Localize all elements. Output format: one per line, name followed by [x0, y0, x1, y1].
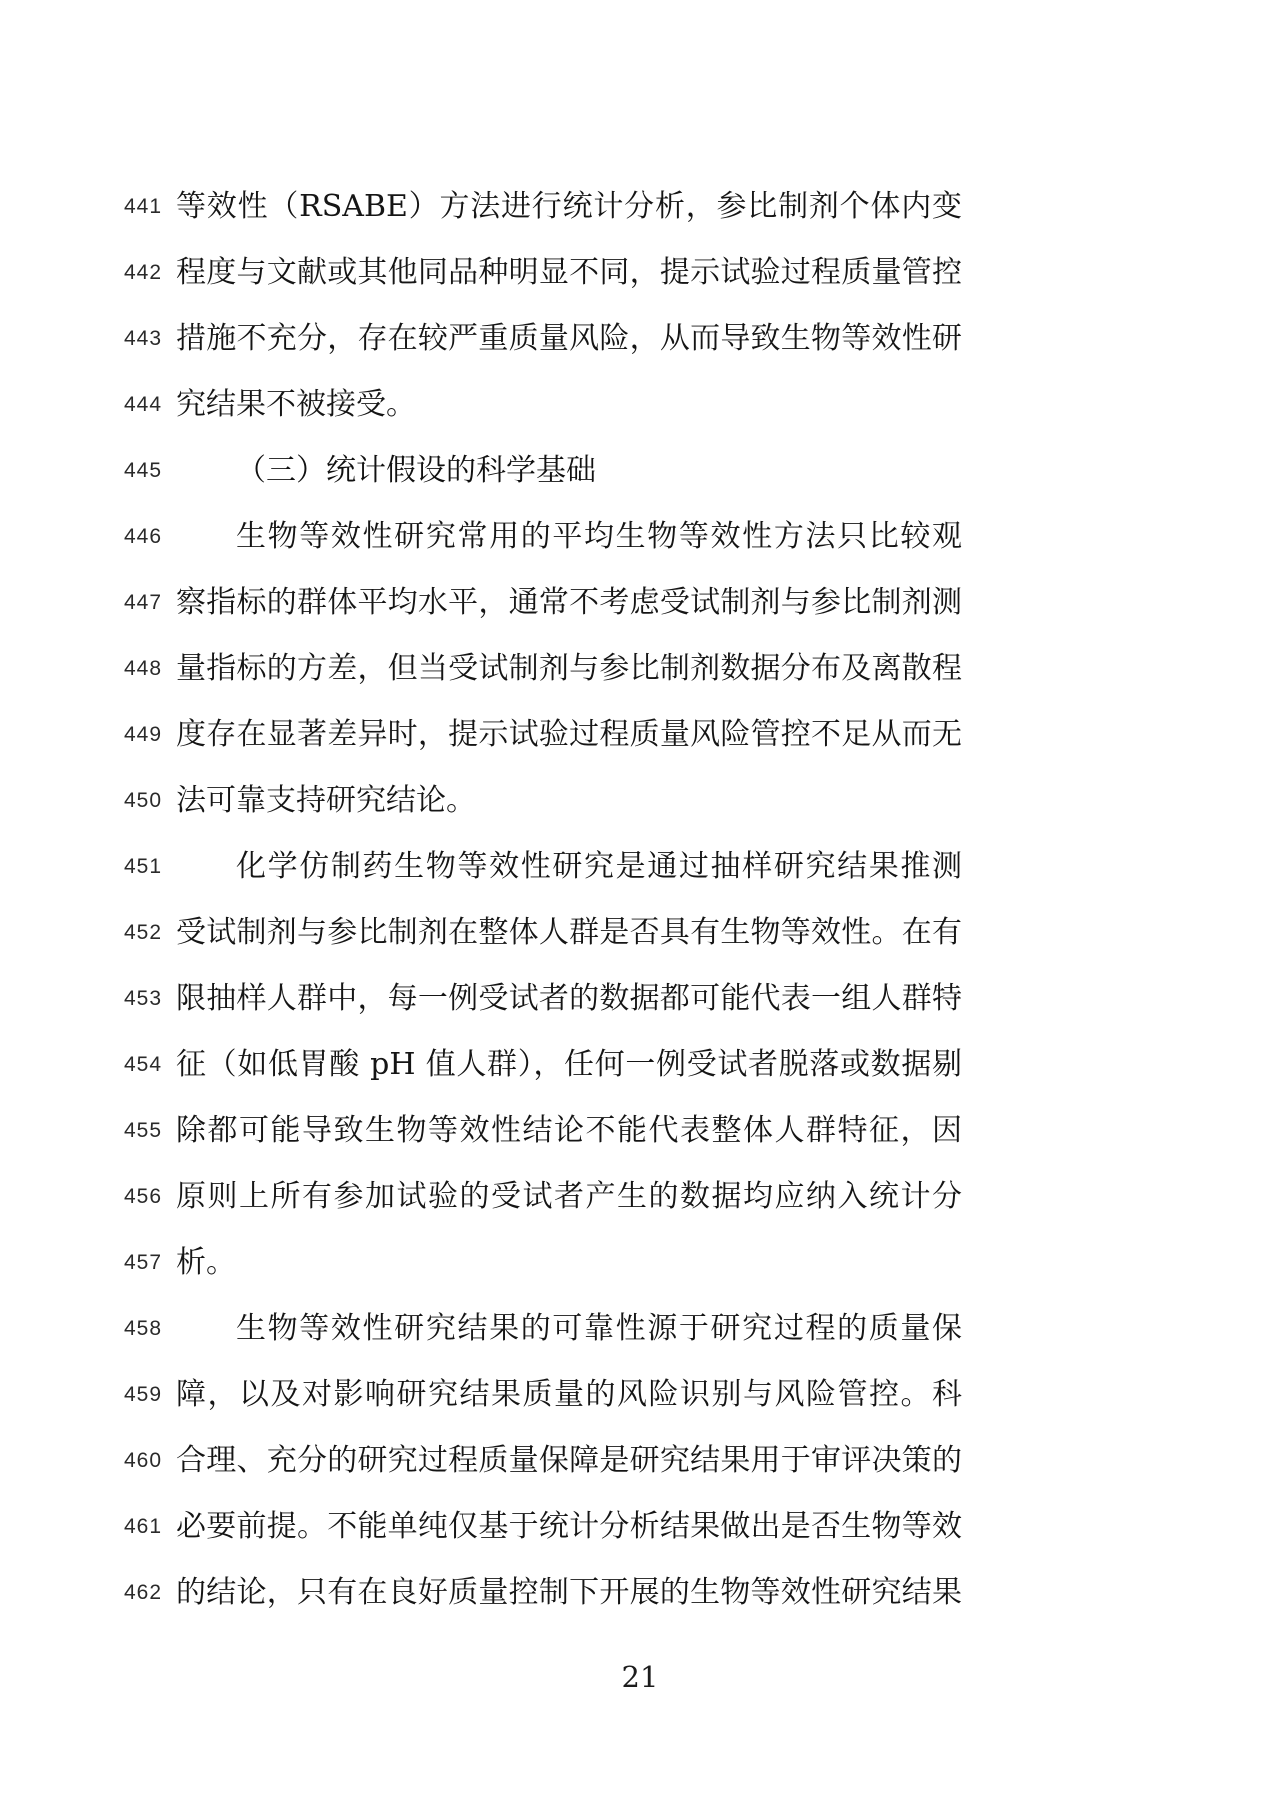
- line-row: 462 的结论，只有在良好质量控制下开展的生物等效性研究结果: [0, 1560, 1280, 1626]
- line-number: 454: [124, 1053, 176, 1077]
- line-number: 444: [124, 393, 176, 417]
- line-number: 450: [124, 789, 176, 813]
- line-row: 454 征（如低胃酸 pH 值人群），任何一例受试者脱落或数据剔: [0, 1032, 1280, 1098]
- line-number: 452: [124, 921, 176, 945]
- line-text: 等效性（RSABE）方法进行统计分析，参比制剂个体内变异: [176, 174, 962, 240]
- line-number: 460: [124, 1449, 176, 1473]
- line-row: 457 析。: [0, 1230, 1280, 1296]
- page-number: 21: [0, 1660, 1280, 1694]
- line-row: 444 究结果不被接受。: [0, 372, 1280, 438]
- document-body: 441 等效性（RSABE）方法进行统计分析，参比制剂个体内变异 442 程度与…: [0, 174, 1280, 1626]
- line-number: 445: [124, 459, 176, 483]
- line-text: 析。: [176, 1230, 962, 1296]
- line-number: 442: [124, 261, 176, 285]
- line-number: 457: [124, 1251, 176, 1275]
- line-text: 必要前提。不能单纯仅基于统计分析结果做出是否生物等效: [176, 1494, 962, 1560]
- line-number: 459: [124, 1383, 176, 1407]
- line-text: （三）统计假设的科学基础: [176, 438, 962, 504]
- line-text: 法可靠支持研究结论。: [176, 768, 962, 834]
- line-number: 453: [124, 987, 176, 1011]
- line-row: 441 等效性（RSABE）方法进行统计分析，参比制剂个体内变异: [0, 174, 1280, 240]
- line-text: 生物等效性研究常用的平均生物等效性方法只比较观: [176, 504, 962, 570]
- line-number: 455: [124, 1119, 176, 1143]
- line-row: 450 法可靠支持研究结论。: [0, 768, 1280, 834]
- line-text: 措施不充分，存在较严重质量风险，从而导致生物等效性研: [176, 306, 962, 372]
- line-row: 448 量指标的方差，但当受试制剂与参比制剂数据分布及离散程: [0, 636, 1280, 702]
- line-text: 量指标的方差，但当受试制剂与参比制剂数据分布及离散程: [176, 636, 962, 702]
- line-number: 446: [124, 525, 176, 549]
- line-row: 460 合理、充分的研究过程质量保障是研究结果用于审评决策的: [0, 1428, 1280, 1494]
- line-text: 除都可能导致生物等效性结论不能代表整体人群特征，因此，: [176, 1098, 962, 1164]
- line-row: 453 限抽样人群中，每一例受试者的数据都可能代表一组人群特: [0, 966, 1280, 1032]
- line-row: 461 必要前提。不能单纯仅基于统计分析结果做出是否生物等效: [0, 1494, 1280, 1560]
- line-row: 459 障，以及对影响研究结果质量的风险识别与风险管控。科学、: [0, 1362, 1280, 1428]
- line-number: 458: [124, 1317, 176, 1341]
- line-number: 441: [124, 195, 176, 219]
- line-number: 447: [124, 591, 176, 615]
- line-number: 448: [124, 657, 176, 681]
- line-text: 受试制剂与参比制剂在整体人群是否具有生物等效性。在有: [176, 900, 962, 966]
- line-row: 447 察指标的群体平均水平，通常不考虑受试制剂与参比制剂测: [0, 570, 1280, 636]
- line-text: 合理、充分的研究过程质量保障是研究结果用于审评决策的: [176, 1428, 962, 1494]
- line-text: 察指标的群体平均水平，通常不考虑受试制剂与参比制剂测: [176, 570, 962, 636]
- line-text: 的结论，只有在良好质量控制下开展的生物等效性研究结果: [176, 1560, 962, 1626]
- line-text: 障，以及对影响研究结果质量的风险识别与风险管控。科学、: [176, 1362, 962, 1428]
- line-row: 445 （三）统计假设的科学基础: [0, 438, 1280, 504]
- line-text: 原则上所有参加试验的受试者产生的数据均应纳入统计分: [176, 1164, 962, 1230]
- line-number: 449: [124, 723, 176, 747]
- line-row: 443 措施不充分，存在较严重质量风险，从而导致生物等效性研: [0, 306, 1280, 372]
- line-number: 461: [124, 1515, 176, 1539]
- line-row: 455 除都可能导致生物等效性结论不能代表整体人群特征，因此，: [0, 1098, 1280, 1164]
- line-text: 程度与文献或其他同品种明显不同，提示试验过程质量管控: [176, 240, 962, 306]
- line-row: 449 度存在显著差异时，提示试验过程质量风险管控不足从而无: [0, 702, 1280, 768]
- line-text: 征（如低胃酸 pH 值人群），任何一例受试者脱落或数据剔: [176, 1032, 962, 1098]
- document-page: 441 等效性（RSABE）方法进行统计分析，参比制剂个体内变异 442 程度与…: [0, 0, 1280, 1810]
- line-text: 化学仿制药生物等效性研究是通过抽样研究结果推测: [176, 834, 962, 900]
- line-row: 442 程度与文献或其他同品种明显不同，提示试验过程质量管控: [0, 240, 1280, 306]
- line-number: 462: [124, 1581, 176, 1605]
- line-number: 451: [124, 855, 176, 879]
- line-row: 452 受试制剂与参比制剂在整体人群是否具有生物等效性。在有: [0, 900, 1280, 966]
- line-row: 456 原则上所有参加试验的受试者产生的数据均应纳入统计分: [0, 1164, 1280, 1230]
- line-number: 456: [124, 1185, 176, 1209]
- line-row: 451 化学仿制药生物等效性研究是通过抽样研究结果推测: [0, 834, 1280, 900]
- line-number: 443: [124, 327, 176, 351]
- line-text: 限抽样人群中，每一例受试者的数据都可能代表一组人群特: [176, 966, 962, 1032]
- line-text: 度存在显著差异时，提示试验过程质量风险管控不足从而无: [176, 702, 962, 768]
- line-row: 458 生物等效性研究结果的可靠性源于研究过程的质量保: [0, 1296, 1280, 1362]
- line-text: 究结果不被接受。: [176, 372, 962, 438]
- line-row: 446 生物等效性研究常用的平均生物等效性方法只比较观: [0, 504, 1280, 570]
- line-text: 生物等效性研究结果的可靠性源于研究过程的质量保: [176, 1296, 962, 1362]
